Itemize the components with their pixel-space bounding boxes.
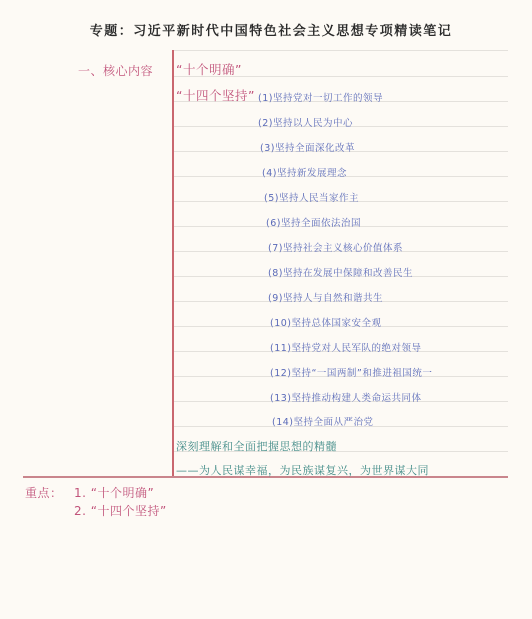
rule-line: [173, 50, 508, 51]
ten-clarifications-heading: “十个明确”: [176, 60, 242, 78]
list-item: (4)坚持新发展理念: [262, 165, 347, 179]
list-item: (8)坚持在发展中保障和改善民生: [268, 265, 413, 279]
list-item: (7)坚持社会主义核心价值体系: [268, 240, 403, 254]
list-item: (14)坚持全面从严治党: [272, 414, 374, 428]
list-item: (10)坚持总体国家安全观: [270, 315, 382, 329]
list-item: (3)坚持全面深化改革: [260, 140, 355, 154]
key-points-label: 重点：: [25, 484, 63, 501]
list-item: (12)坚持“一国两制”和推进祖国统一: [270, 365, 432, 379]
list-item: (13)坚持推动构建人类命运共同体: [270, 390, 422, 404]
section-label: 一、核心内容: [78, 62, 153, 79]
fourteen-adherences-heading: “十四个坚持”: [176, 86, 255, 104]
key-point-item: 1. “十个明确”: [74, 484, 154, 501]
list-item: (6)坚持全面依法治国: [266, 215, 361, 229]
key-point-item: 2. “十四个坚持”: [74, 502, 167, 519]
list-item: (9)坚持人与自然和谐共生: [268, 290, 383, 304]
list-item: (2)坚持以人民为中心: [258, 115, 353, 129]
page-title: 专题：习近平新时代中国特色社会主义思想专项精读笔记: [0, 20, 532, 39]
list-item: (5)坚持人民当家作主: [264, 190, 359, 204]
summary-text: 深刻理解和全面把握思想的精髓: [176, 438, 337, 454]
list-item: (1)坚持党对一切工作的领导: [258, 90, 383, 104]
list-item: (11)坚持党对人民军队的绝对领导: [270, 340, 422, 354]
motto-text: ——为人民谋幸福，为民族谋复兴，为世界谋大同: [176, 462, 429, 478]
margin-line: [172, 50, 174, 477]
